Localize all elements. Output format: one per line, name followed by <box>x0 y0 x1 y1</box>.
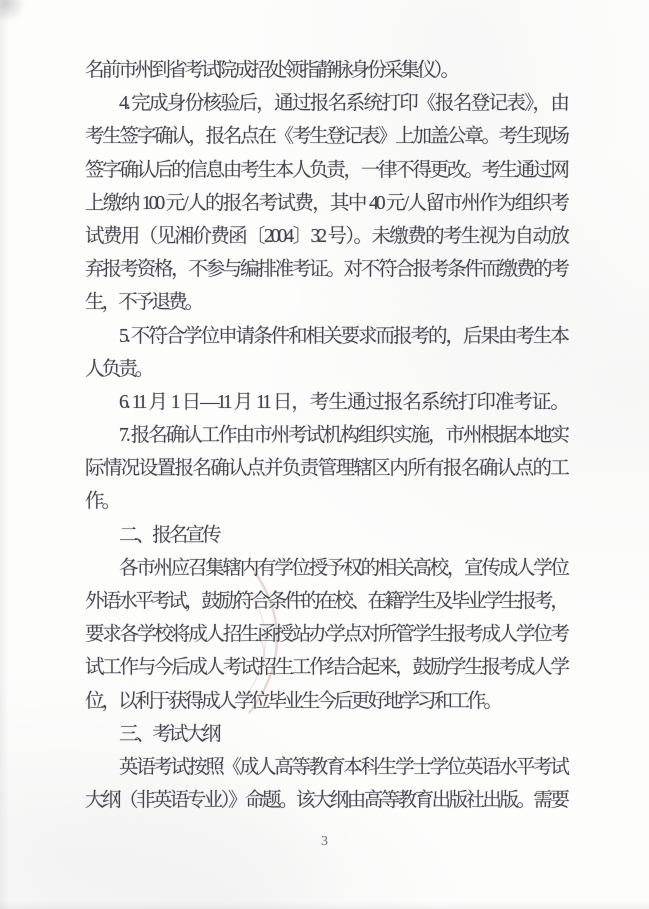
text-line: 6. 11 月 1 日—11 月 11 日，考生通过报名系统打印准考证。 <box>85 386 567 419</box>
text-line: 英语考试按照《成人高等教育本科生学士学位英语水平考试 <box>85 751 567 784</box>
text-line: 要求各学校将成人招生函授站办学点对所管学生报考成人学位考 <box>85 618 567 651</box>
text-line: 5. 不符合学位申请条件和相关要求而报考的，后果由考生本 <box>85 320 567 353</box>
text-line: 位，以利于获得成人学位毕业生今后更好地学习和工作。 <box>85 685 567 718</box>
text-line: 签字确认后的信息由考生本人负责，一律不得更改。考生通过网 <box>85 154 567 187</box>
text-line: 试费用（见湘价费函〔2004〕32 号）。未缴费的考生视为自动放 <box>85 220 567 253</box>
section-heading: 三、考试大纲 <box>85 718 567 751</box>
text-line: 外语水平考试，鼓励符合条件的在校、在籍学生及毕业学生报考， <box>85 585 567 618</box>
document-body: 名前市州到省考试院成招处领指静脉身份采集仪）。 4. 完成身份核验后，通过报名系… <box>85 54 567 817</box>
text-line: 大纲（非英语专业）》命题。该大纲由高等教育出版社出版。需要 <box>85 784 567 817</box>
text-line: 7. 报名确认工作由市州考试机构组织实施，市州根据本地实 <box>85 419 567 452</box>
text-line: 名前市州到省考试院成招处领指静脉身份采集仪）。 <box>85 54 567 87</box>
text-line: 弃报考资格，不参与编排准考证。对不符合报考条件而缴费的考 <box>85 253 567 286</box>
text-line: 各市州应召集辖内有学位授予权的相关高校，宣传成人学位 <box>85 552 567 585</box>
document-page: 名前市州到省考试院成招处领指静脉身份采集仪）。 4. 完成身份核验后，通过报名系… <box>0 0 649 909</box>
text-line: 4. 完成身份核验后，通过报名系统打印《报名登记表》，由 <box>85 87 567 120</box>
text-line: 人负责。 <box>85 353 567 386</box>
text-line: 考生签字确认，报名点在《考生登记表》上加盖公章。考生现场 <box>85 120 567 153</box>
section-heading: 二、报名宣传 <box>85 519 567 552</box>
text-line: 作。 <box>85 485 567 518</box>
text-line: 试工作与今后成人考试招生工作结合起来，鼓励学生报考成人学 <box>85 651 567 684</box>
page-number: 3 <box>0 834 649 850</box>
text-line: 际情况设置报名确认点并负责管理辖区内所有报名确认点的工 <box>85 452 567 485</box>
text-line: 生，不予退费。 <box>85 286 567 319</box>
text-line: 上缴纳 100 元/人的报名考试费，其中 40 元/人留市州作为组织考 <box>85 187 567 220</box>
